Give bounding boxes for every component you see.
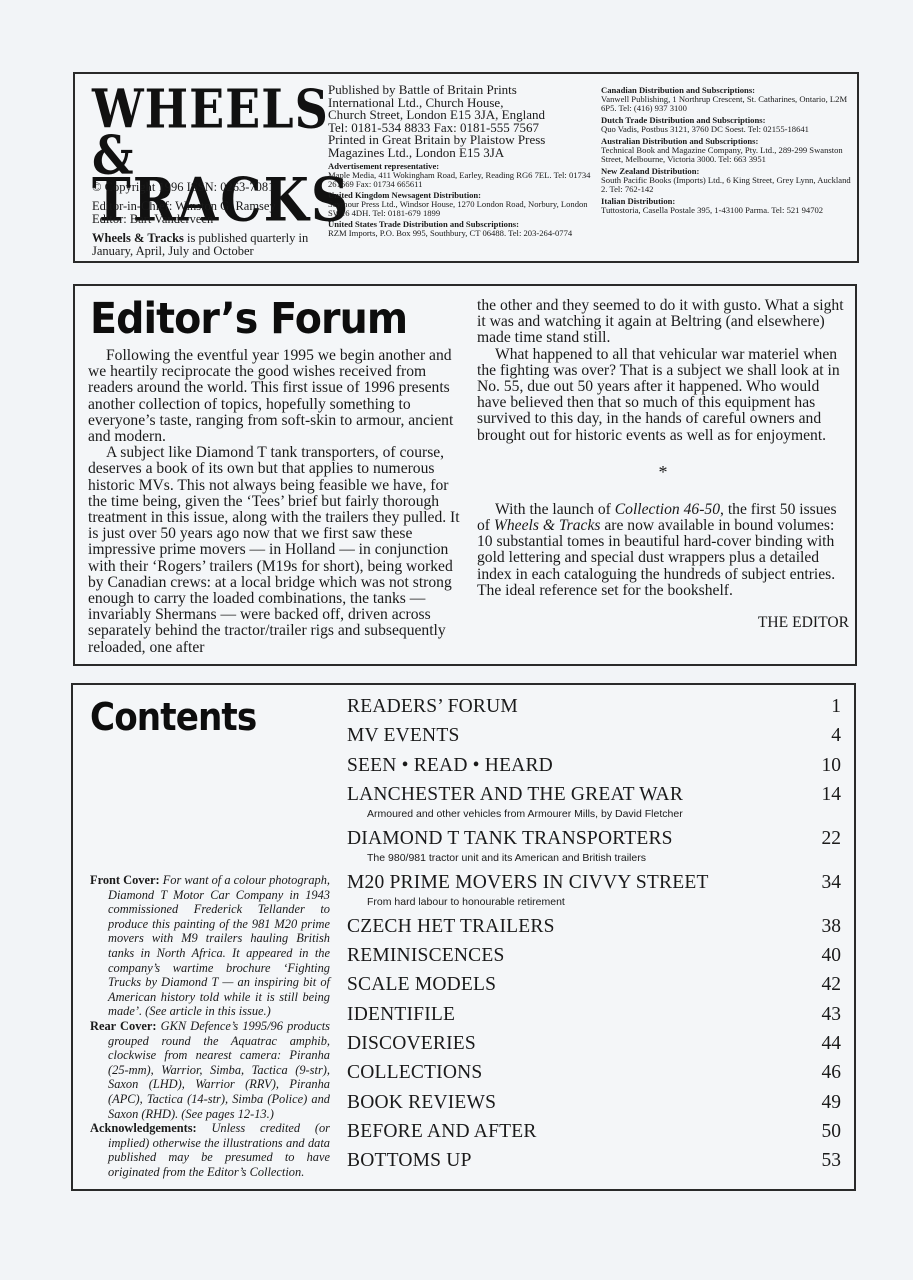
contents-title: Contents bbox=[90, 695, 256, 739]
note-label: Rear Cover: bbox=[90, 1019, 157, 1033]
publication-name: Wheels & Tracks bbox=[92, 231, 184, 245]
toc-entry-title: DISCOVERIES bbox=[347, 1033, 476, 1055]
toc-entry-page: 42 bbox=[822, 974, 842, 996]
logo-line-1: WHEELS & bbox=[92, 86, 332, 178]
toc-entry[interactable]: COLLECTIONS46 bbox=[347, 1062, 841, 1091]
toc-entry-title: READERS’ FORUM bbox=[347, 696, 518, 718]
publisher-line: Magazines Ltd., London E15 3JA bbox=[328, 147, 598, 160]
toc-entry-page: 50 bbox=[822, 1121, 842, 1143]
toc-entry[interactable]: BOTTOMS UP53 bbox=[347, 1150, 841, 1179]
forum-title: Editor’s Forum bbox=[90, 294, 407, 344]
toc-entry[interactable]: READERS’ FORUM1 bbox=[347, 696, 841, 725]
rear-cover-note: Rear Cover: GKN Defence’s 1995/96 produc… bbox=[90, 1019, 330, 1121]
toc-entry-title: MV EVENTS bbox=[347, 725, 460, 747]
toc-entry-title: IDENTIFILE bbox=[347, 1004, 455, 1026]
toc-entry-title: COLLECTIONS bbox=[347, 1062, 482, 1084]
distribution-block: Dutch Trade Distribution and Subscriptio… bbox=[601, 116, 856, 134]
masthead-credits: © Copyright 1996 ISSN: 0263-7081 Editor-… bbox=[92, 181, 337, 264]
note-label: Acknowledgements: bbox=[90, 1121, 197, 1135]
toc-entry-page: 14 bbox=[822, 784, 842, 806]
toc-entry-title: BOOK REVIEWS bbox=[347, 1092, 496, 1114]
forum-paragraph: A subject like Diamond T tank transporte… bbox=[88, 445, 460, 656]
publisher-info: Published by Battle of Britain Prints In… bbox=[328, 84, 598, 238]
distribution-block: United Kingdom Newsagent Distribution:Se… bbox=[328, 191, 598, 218]
contents-box: Contents READERS’ FORUM1 MV EVENTS4 SEEN… bbox=[71, 683, 856, 1191]
asterisk-separator-icon: * bbox=[477, 465, 849, 479]
toc-entry-page: 34 bbox=[822, 872, 842, 894]
forum-column-1: Following the eventful year 1995 we begi… bbox=[88, 348, 460, 656]
distribution-text: Seymour Press Ltd., Windsor House, 1270 … bbox=[328, 199, 588, 218]
toc-entry[interactable]: BEFORE AND AFTER50 bbox=[347, 1121, 841, 1150]
editors-forum-box: Editor’s Forum Following the eventful ye… bbox=[73, 284, 857, 666]
toc-entry[interactable]: SCALE MODELS42 bbox=[347, 974, 841, 1003]
toc-entry-page: 49 bbox=[822, 1092, 842, 1114]
distribution-block: Advertisement representative:Maple Media… bbox=[328, 162, 598, 189]
toc-entry-page: 38 bbox=[822, 916, 842, 938]
toc-entry-subtitle: Armoured and other vehicles from Armoure… bbox=[367, 808, 683, 820]
toc-entry[interactable]: REMINISCENCES40 bbox=[347, 945, 841, 974]
toc-entry-title: CZECH HET TRAILERS bbox=[347, 916, 555, 938]
forum-paragraph: Following the eventful year 1995 we begi… bbox=[88, 348, 460, 445]
distribution-text: Quo Vadis, Postbus 3121, 3760 DC Soest. … bbox=[601, 124, 809, 134]
toc-entry[interactable]: CZECH HET TRAILERS38 bbox=[347, 916, 841, 945]
distribution-block: Canadian Distribution and Subscriptions:… bbox=[601, 86, 856, 113]
acknowledgements-note: Acknowledgements: Unless credited (or im… bbox=[90, 1121, 330, 1179]
distribution-text: RZM Imports, P.O. Box 995, Southbury, CT… bbox=[328, 228, 572, 238]
toc-entry[interactable]: BOOK REVIEWS49 bbox=[347, 1092, 841, 1121]
toc-entry-page: 43 bbox=[822, 1004, 842, 1026]
distribution-text: Tuttostoria, Casella Postale 395, 1-4310… bbox=[601, 205, 823, 215]
distribution-text: Vanwell Publishing, 1 Northrup Crescent,… bbox=[601, 94, 847, 113]
distribution-text: Technical Book and Magazine Company, Pty… bbox=[601, 145, 843, 164]
table-of-contents: READERS’ FORUM1 MV EVENTS4 SEEN • READ •… bbox=[347, 696, 841, 1180]
distribution-block: Italian Distribution:Tuttostoria, Casell… bbox=[601, 197, 856, 215]
toc-entry[interactable]: SEEN • READ • HEARD10 bbox=[347, 755, 841, 784]
toc-entry[interactable]: MV EVENTS4 bbox=[347, 725, 841, 754]
toc-entry-page: 53 bbox=[822, 1150, 842, 1172]
toc-entry-subtitle: From hard labour to honourable retiremen… bbox=[367, 896, 565, 908]
toc-entry-page: 10 bbox=[822, 755, 842, 777]
front-cover-note: Front Cover: For want of a colour photog… bbox=[90, 873, 330, 1019]
toc-entry-page: 22 bbox=[822, 828, 842, 850]
collection-paragraph: With the launch of Collection 46-50, the… bbox=[477, 502, 849, 599]
masthead-box: WHEELS & TRACKS © Copyright 1996 ISSN: 0… bbox=[73, 72, 859, 263]
toc-entry-title: REMINISCENCES bbox=[347, 945, 505, 967]
collection-title: Collection 46-50 bbox=[615, 501, 720, 518]
forum-paragraph: the other and they seemed to do it with … bbox=[477, 298, 849, 347]
toc-entry-title: LANCHESTER AND THE GREAT WAR bbox=[347, 784, 683, 806]
toc-entry-page: 46 bbox=[822, 1062, 842, 1084]
distribution-text: Maple Media, 411 Wokingham Road, Earley,… bbox=[328, 170, 590, 189]
toc-entry-title: DIAMOND T TANK TRANSPORTERS bbox=[347, 828, 673, 850]
forum-paragraph: What happened to all that vehicular war … bbox=[477, 347, 849, 444]
toc-entry-page: 1 bbox=[831, 696, 841, 718]
toc-entry-title: BOTTOMS UP bbox=[347, 1150, 472, 1172]
cover-notes: Front Cover: For want of a colour photog… bbox=[90, 873, 330, 1179]
copyright-notice: © Copyright 1996 ISSN: 0263-7081 bbox=[92, 181, 337, 194]
note-label: Front Cover: bbox=[90, 873, 160, 887]
toc-entry[interactable]: DIAMOND T TANK TRANSPORTERS22The 980/981… bbox=[347, 828, 841, 872]
distribution-block: New Zealand Distribution:South Pacific B… bbox=[601, 167, 856, 194]
toc-entry-title: BEFORE AND AFTER bbox=[347, 1121, 537, 1143]
toc-entry-page: 44 bbox=[822, 1033, 842, 1055]
editor-signoff: THE EDITOR bbox=[477, 615, 849, 631]
toc-entry-page: 40 bbox=[822, 945, 842, 967]
publication-schedule: Wheels & Tracks is published quarterly i… bbox=[92, 232, 337, 258]
toc-entry-title: M20 PRIME MOVERS IN CIVVY STREET bbox=[347, 872, 709, 894]
text-span: With the launch of bbox=[495, 501, 615, 518]
note-text: GKN Defence’s 1995/96 products grouped r… bbox=[108, 1019, 330, 1121]
publisher-address: Published by Battle of Britain Prints In… bbox=[328, 84, 598, 160]
toc-entry-page: 4 bbox=[831, 725, 841, 747]
editor: Editor: Bart Vanderveen bbox=[92, 213, 337, 226]
international-distribution: Canadian Distribution and Subscriptions:… bbox=[601, 86, 856, 218]
distribution-block: United States Trade Distribution and Sub… bbox=[328, 220, 598, 238]
toc-entry[interactable]: M20 PRIME MOVERS IN CIVVY STREET34From h… bbox=[347, 872, 841, 916]
toc-entry-subtitle: The 980/981 tractor unit and its America… bbox=[367, 852, 646, 864]
toc-entry[interactable]: LANCHESTER AND THE GREAT WAR14Armoured a… bbox=[347, 784, 841, 828]
magazine-title: Wheels & Tracks bbox=[494, 517, 601, 534]
distribution-text: South Pacific Books (Imports) Ltd., 6 Ki… bbox=[601, 175, 851, 194]
toc-entry[interactable]: IDENTIFILE43 bbox=[347, 1004, 841, 1033]
toc-entry-title: SCALE MODELS bbox=[347, 974, 496, 996]
forum-column-2: the other and they seemed to do it with … bbox=[477, 298, 849, 631]
toc-entry[interactable]: DISCOVERIES44 bbox=[347, 1033, 841, 1062]
note-text: For want of a colour photograph, Diamond… bbox=[108, 873, 330, 1018]
toc-entry-title: SEEN • READ • HEARD bbox=[347, 755, 553, 777]
distribution-block: Australian Distribution and Subscription… bbox=[601, 137, 856, 164]
